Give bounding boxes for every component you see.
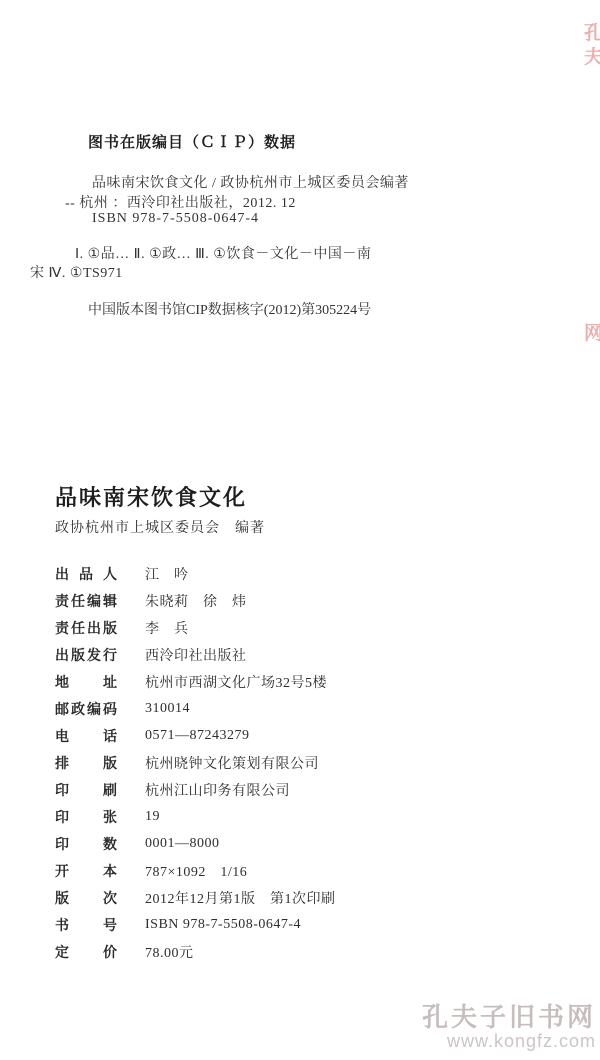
colophon-row: 开本787×1092 1/16 [55, 857, 336, 884]
colophon-label: 版次 [55, 888, 117, 908]
book-title: 品味南宋饮食文化 [55, 481, 247, 512]
colophon-row: 电话0571—87243279 [55, 722, 336, 749]
book-copyright-page: 图书在版编目（ＣＩＰ）数据 品味南宋饮食文化 / 政协杭州市上城区委员会编著 -… [0, 0, 600, 1060]
colophon-label: 责任出版 [55, 618, 117, 638]
cip-entry-line-3: ISBN 978-7-5508-0647-4 [92, 211, 259, 227]
colophon-value: 江 吟 [145, 564, 189, 584]
colophon-label: 书号 [55, 915, 117, 935]
colophon-value: 78.00元 [145, 942, 194, 962]
colophon-label: 开本 [55, 861, 117, 881]
colophon-value: ISBN 978-7-5508-0647-4 [145, 917, 301, 933]
colophon-row: 印刷杭州江山印务有限公司 [55, 776, 336, 803]
colophon-value: 787×1092 1/16 [145, 861, 247, 881]
colophon-label: 出品人 [55, 564, 117, 584]
colophon-value: 杭州晓钟文化策划有限公司 [145, 753, 319, 773]
colophon-list: 出品人江 吟责任编辑朱晓莉 徐 炜责任出版李 兵出版发行西泠印社出版社地址杭州市… [55, 560, 336, 965]
watermark-site-url: www.kongfz.com [422, 1032, 596, 1052]
book-byline: 政协杭州市上城区委员会 编著 [55, 517, 265, 537]
edge-watermark-fragment: 网 [584, 318, 600, 345]
colophon-row: 地址杭州市西湖文化广场32号5楼 [55, 668, 336, 695]
colophon-label: 地址 [55, 672, 117, 692]
colophon-label: 出版发行 [55, 645, 117, 665]
cip-heading: 图书在版编目（ＣＩＰ）数据 [88, 131, 296, 152]
colophon-row: 责任出版李 兵 [55, 614, 336, 641]
colophon-row: 书号ISBN 978-7-5508-0647-4 [55, 911, 336, 938]
cip-classification-line-1: Ⅰ. ①品… Ⅱ. ①政… Ⅲ. ①饮食－文化－中国－南 [75, 243, 371, 263]
watermark-site-name: 孔夫子旧书网 [422, 1004, 596, 1033]
colophon-row: 排版杭州晓钟文化策划有限公司 [55, 749, 336, 776]
colophon-label: 印数 [55, 834, 117, 854]
colophon-value: 李 兵 [145, 618, 189, 638]
colophon-row: 责任编辑朱晓莉 徐 炜 [55, 587, 336, 614]
kongfz-watermark: 孔夫子旧书网 www.kongfz.com [422, 1004, 596, 1052]
colophon-row: 印数0001—8000 [55, 830, 336, 857]
colophon-value: 0571—87243279 [145, 728, 250, 744]
colophon-row: 出版发行西泠印社出版社 [55, 641, 336, 668]
colophon-label: 定价 [55, 942, 117, 962]
colophon-row: 出品人江 吟 [55, 560, 336, 587]
colophon-label: 排版 [55, 753, 117, 773]
colophon-value: 19 [145, 809, 160, 825]
colophon-value: 2012年12月第1版 第1次印刷 [145, 888, 336, 908]
edge-watermark-fragment: 孔 [584, 18, 600, 45]
colophon-row: 印张19 [55, 803, 336, 830]
colophon-value: 西泠印社出版社 [145, 645, 247, 665]
edge-watermark-fragment: 夫 [584, 42, 600, 69]
colophon-value: 杭州江山印务有限公司 [145, 780, 290, 800]
cip-classification-line-2: 宋 Ⅳ. ①TS971 [30, 262, 123, 282]
colophon-label: 邮政编码 [55, 699, 117, 719]
colophon-value: 310014 [145, 701, 190, 717]
colophon-row: 邮政编码310014 [55, 695, 336, 722]
colophon-row: 定价78.00元 [55, 938, 336, 965]
colophon-value: 杭州市西湖文化广场32号5楼 [145, 672, 327, 692]
colophon-label: 印刷 [55, 780, 117, 800]
colophon-label: 印张 [55, 807, 117, 827]
colophon-value: 0001—8000 [145, 836, 220, 852]
cip-entry-line-2: -- 杭州 ：西泠印社出版社，2012. 12 [65, 192, 296, 212]
cip-record-number: 中国版本图书馆CIP数据核字(2012)第305224号 [88, 299, 371, 319]
colophon-label: 责任编辑 [55, 591, 117, 611]
colophon-label: 电话 [55, 726, 117, 746]
colophon-row: 版次2012年12月第1版 第1次印刷 [55, 884, 336, 911]
cip-entry-line-1: 品味南宋饮食文化 / 政协杭州市上城区委员会编著 [92, 172, 409, 192]
colophon-value: 朱晓莉 徐 炜 [145, 591, 247, 611]
